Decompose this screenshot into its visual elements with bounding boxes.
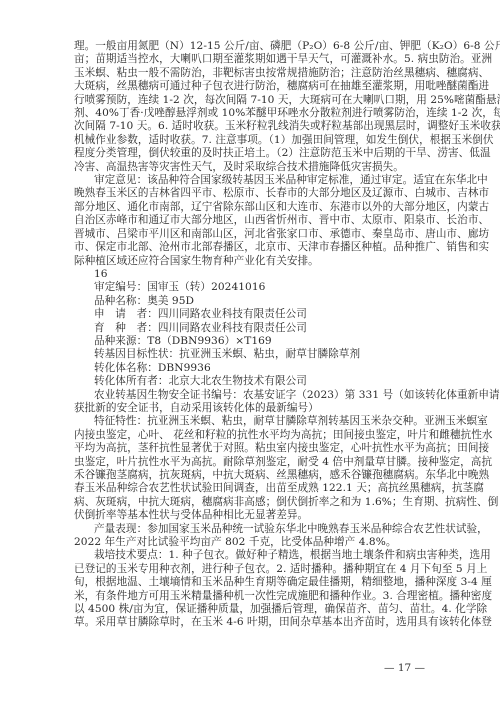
field-label: 品种来源： bbox=[94, 335, 147, 347]
text-line: 玉米螟、粘虫一般不需防治，非靶标害虫按常规措施防治；注意防治丝黑穗病、穗腐病、 bbox=[74, 67, 426, 80]
field-label: 品种名称： bbox=[94, 295, 147, 307]
field-label: 转基因目标性状： bbox=[94, 348, 179, 360]
text-line: 旬，根据地温、土壤墒情和玉米品种生育期等确定最佳播期，精细整地，播种深度 3-4… bbox=[74, 576, 426, 589]
text-line: 晋城市、吕梁市平川区和南部山区，河北省张家口市、承德市、秦皇岛市、唐山市、廊坊 bbox=[74, 228, 426, 241]
text-line: 次间隔 7-10 天。6. 适时收获。玉米籽粒乳线消失或籽粒基部出现黑层时，调整… bbox=[74, 120, 426, 133]
text-line: 冷害、高温热害等灾害性天气，及时采取综合技术措施降低灾害损失。 bbox=[74, 161, 426, 174]
text-line: 虫鉴定，叶片抗性水平为高抗。耐除草剂鉴定，耐受 4 倍中剂量草甘膦。接种鉴定，高… bbox=[74, 456, 426, 469]
field-variety-source: 品种来源：T8（DBN9936）×T169 bbox=[74, 335, 426, 348]
field-value: DBN9936 bbox=[158, 362, 211, 374]
text-line: 获批新的安全证书，自动采用该转化体的最新编号） bbox=[74, 402, 426, 415]
text-line: 市、保定市北部、沧州市北部春播区，北京市、天津市春播区种植。品种推广、销售和实 bbox=[74, 241, 426, 254]
field-value: 国审玉（转）20241016 bbox=[147, 281, 265, 293]
field-target-traits: 转基因目标性状：抗亚洲玉米螟、粘虫，耐草甘膦除草剂 bbox=[74, 348, 426, 361]
text-line: 大斑病，丝黑穗病可通过种子包衣进行防治，穗腐病可在抽雄至灌浆期，用吡唑醚菌酯进 bbox=[74, 80, 426, 93]
text-line: 2022 年生产对比试验平均亩产 802 千克，比受体品种增产 4.8%。 bbox=[74, 536, 426, 549]
text-line: 栽培技术要点：1. 种子包衣。做好种子精选，根据当地土壤条件和病虫害种类，选用 bbox=[74, 549, 426, 562]
paragraph-traits: 特征特性：抗亚洲玉米螟、粘虫，耐草甘膦除草剂转基因玉米杂交种。亚洲玉米螟室 内接… bbox=[74, 415, 426, 522]
text-line: 平均为高抗，茎秆抗性显著优于对照。粘虫室内接虫鉴定，心叶抗性水平为高抗；田间接 bbox=[74, 442, 426, 455]
field-label: 审定编号： bbox=[94, 281, 147, 293]
text-line: 理。一般亩用氮肥（N）12-15 公斤/亩、磷肥（P₂O）6-8 公斤/亩、钾肥… bbox=[74, 40, 426, 53]
field-label: 申 请 者： bbox=[94, 308, 158, 320]
text-line: 农业转基因生物安全证书编号：农基安证字（2023）第 331 号（如该转化体重新… bbox=[74, 389, 426, 402]
text-line: 伏倒折率等基本性状与受体品种相比无显著差异。 bbox=[74, 509, 426, 522]
paragraph-certificate: 农业转基因生物安全证书编号：农基安证字（2023）第 331 号（如该转化体重新… bbox=[74, 389, 426, 416]
text-line: 特征特性：抗亚洲玉米螟、粘虫，耐草甘膦除草剂转基因玉米杂交种。亚洲玉米螟室 bbox=[74, 415, 426, 428]
field-approval-number: 审定编号：国审玉（转）20241016 bbox=[74, 281, 426, 294]
text-line: 草。采用草甘膦除草时，在玉米 4-6 叶期，田间杂草基本出齐苗时，选用具有该转化… bbox=[74, 616, 426, 629]
text-line: 春玉米品种综合农艺性状试验田间调查，出苗至成熟 122.1 天；高抗丝黑穗病，抗… bbox=[74, 482, 426, 495]
text-line: 审定意见：该品种符合国家级转基因玉米品种审定标准，通过审定。适宜在东华北中 bbox=[74, 174, 426, 187]
text-line: 程度分类管理，倒伏较重的及时扶正培土。（2）注意防范玉米中后期的干旱、涝害、低温 bbox=[74, 147, 426, 160]
entry-fields: 审定编号：国审玉（转）20241016 品种名称：奥美 95D 申 请 者：四川… bbox=[74, 281, 426, 388]
document-page: 理。一般亩用氮肥（N）12-15 公斤/亩、磷肥（P₂O）6-8 公斤/亩、钾肥… bbox=[74, 40, 426, 630]
text-line: 以 4500 株/亩为宜，保证播种质量，加强播后管理，确保苗齐、苗匀、苗壮。4.… bbox=[74, 603, 426, 616]
text-line: 剂、40%丁香·戊唑醇悬浮剂或 10%苯醚甲环唑水分散粒剂进行喷雾防治，连续 1… bbox=[74, 107, 426, 120]
text-line: 病、灰斑病，中抗大斑病，穗腐病非高感；倒伏倒折率之和为 1.6%；生育期、抗病性… bbox=[74, 496, 426, 509]
field-label: 转化体所有者： bbox=[94, 375, 169, 387]
field-value: 抗亚洲玉米螟、粘虫，耐草甘膦除草剂 bbox=[179, 348, 360, 360]
field-transformant-name: 转化体名称：DBN9936 bbox=[74, 362, 426, 375]
text-line: 米，有条件地方可用玉米精量播种机一次性完成施肥和播种作业。3. 合理密植。播种密… bbox=[74, 590, 426, 603]
field-breeder: 育 种 者：四川同路农业科技有限责任公司 bbox=[74, 322, 426, 335]
paragraph-approval-opinion: 审定意见：该品种符合国家级转基因玉米品种审定标准，通过审定。适宜在东华北中 晚熟… bbox=[74, 174, 426, 268]
text-line: 亩；苗期适当控水，大喇叭口期至灌浆期如遇干旱天气，可灌溉补水。5. 病虫防治。亚… bbox=[74, 53, 426, 66]
page-number: — 17 — bbox=[384, 662, 425, 674]
field-label: 转化体名称： bbox=[94, 362, 158, 374]
paragraph-yield: 产量表现：参加国家玉米品种统一试验东华北中晚熟春玉米品种综合农艺性状试验， 20… bbox=[74, 523, 426, 550]
field-value: 四川同路农业科技有限责任公司 bbox=[158, 322, 307, 334]
field-applicant: 申 请 者：四川同路农业科技有限责任公司 bbox=[74, 308, 426, 321]
text-line: 机械作业参数，适时收获。7. 注意事项。（1）加强田间管理，如发生倒伏，根据玉米… bbox=[74, 134, 426, 147]
paragraph-cultivation: 栽培技术要点：1. 种子包衣。做好种子精选，根据当地土壤条件和病虫害种类，选用 … bbox=[74, 549, 426, 629]
text-line: 际种植区域还应符合国家生物育种产业化有关安排。 bbox=[74, 255, 426, 268]
text-line: 产量表现：参加国家玉米品种统一试验东华北中晚熟春玉米品种综合农艺性状试验， bbox=[74, 523, 426, 536]
entry-number: 16 bbox=[74, 268, 426, 281]
field-value: T8（DBN9936）×T169 bbox=[147, 335, 271, 347]
paragraph-cultivation-continued: 理。一般亩用氮肥（N）12-15 公斤/亩、磷肥（P₂O）6-8 公斤/亩、钾肥… bbox=[74, 40, 426, 174]
field-value: 北京大北农生物技术有限公司 bbox=[169, 375, 307, 387]
text-line: 行喷雾预防，连续 1-2 次，每次间隔 7-10 天，大斑病可在大喇叭口期，用 … bbox=[74, 94, 426, 107]
field-transformant-owner: 转化体所有者：北京大北农生物技术有限公司 bbox=[74, 375, 426, 388]
text-line: 禾谷镰孢茎腐病，抗灰斑病，中抗大斑病、丝黑穗病，感禾谷镰孢穗腐病。东华北中晚熟 bbox=[74, 469, 426, 482]
text-line: 晚熟春玉米区的吉林省四平市、松原市、长春市的大部分地区及辽源市、白城市、吉林市 bbox=[74, 187, 426, 200]
text-line: 自治区赤峰市和通辽市大部分地区，山西省忻州市、晋中市、太原市、阳泉市、长治市、 bbox=[74, 214, 426, 227]
text-line: 内接虫鉴定，心叶、 花丝和籽粒的抗性水平均为高抗；田间接虫鉴定，叶片和雌穗抗性水 bbox=[74, 429, 426, 442]
field-value: 四川同路农业科技有限责任公司 bbox=[158, 308, 307, 320]
text-line: 已登记的玉米专用种衣剂，进行种子包衣。2. 适时播种。播种期宜在 4 月下旬至 … bbox=[74, 563, 426, 576]
text-line: 部分地区、通化市南部，辽宁省除东部山区和大连市、东港市以外的大部分地区，内蒙古 bbox=[74, 201, 426, 214]
field-label: 育 种 者： bbox=[94, 322, 158, 334]
field-variety-name: 品种名称：奥美 95D bbox=[74, 295, 426, 308]
field-value: 奥美 95D bbox=[147, 295, 194, 307]
